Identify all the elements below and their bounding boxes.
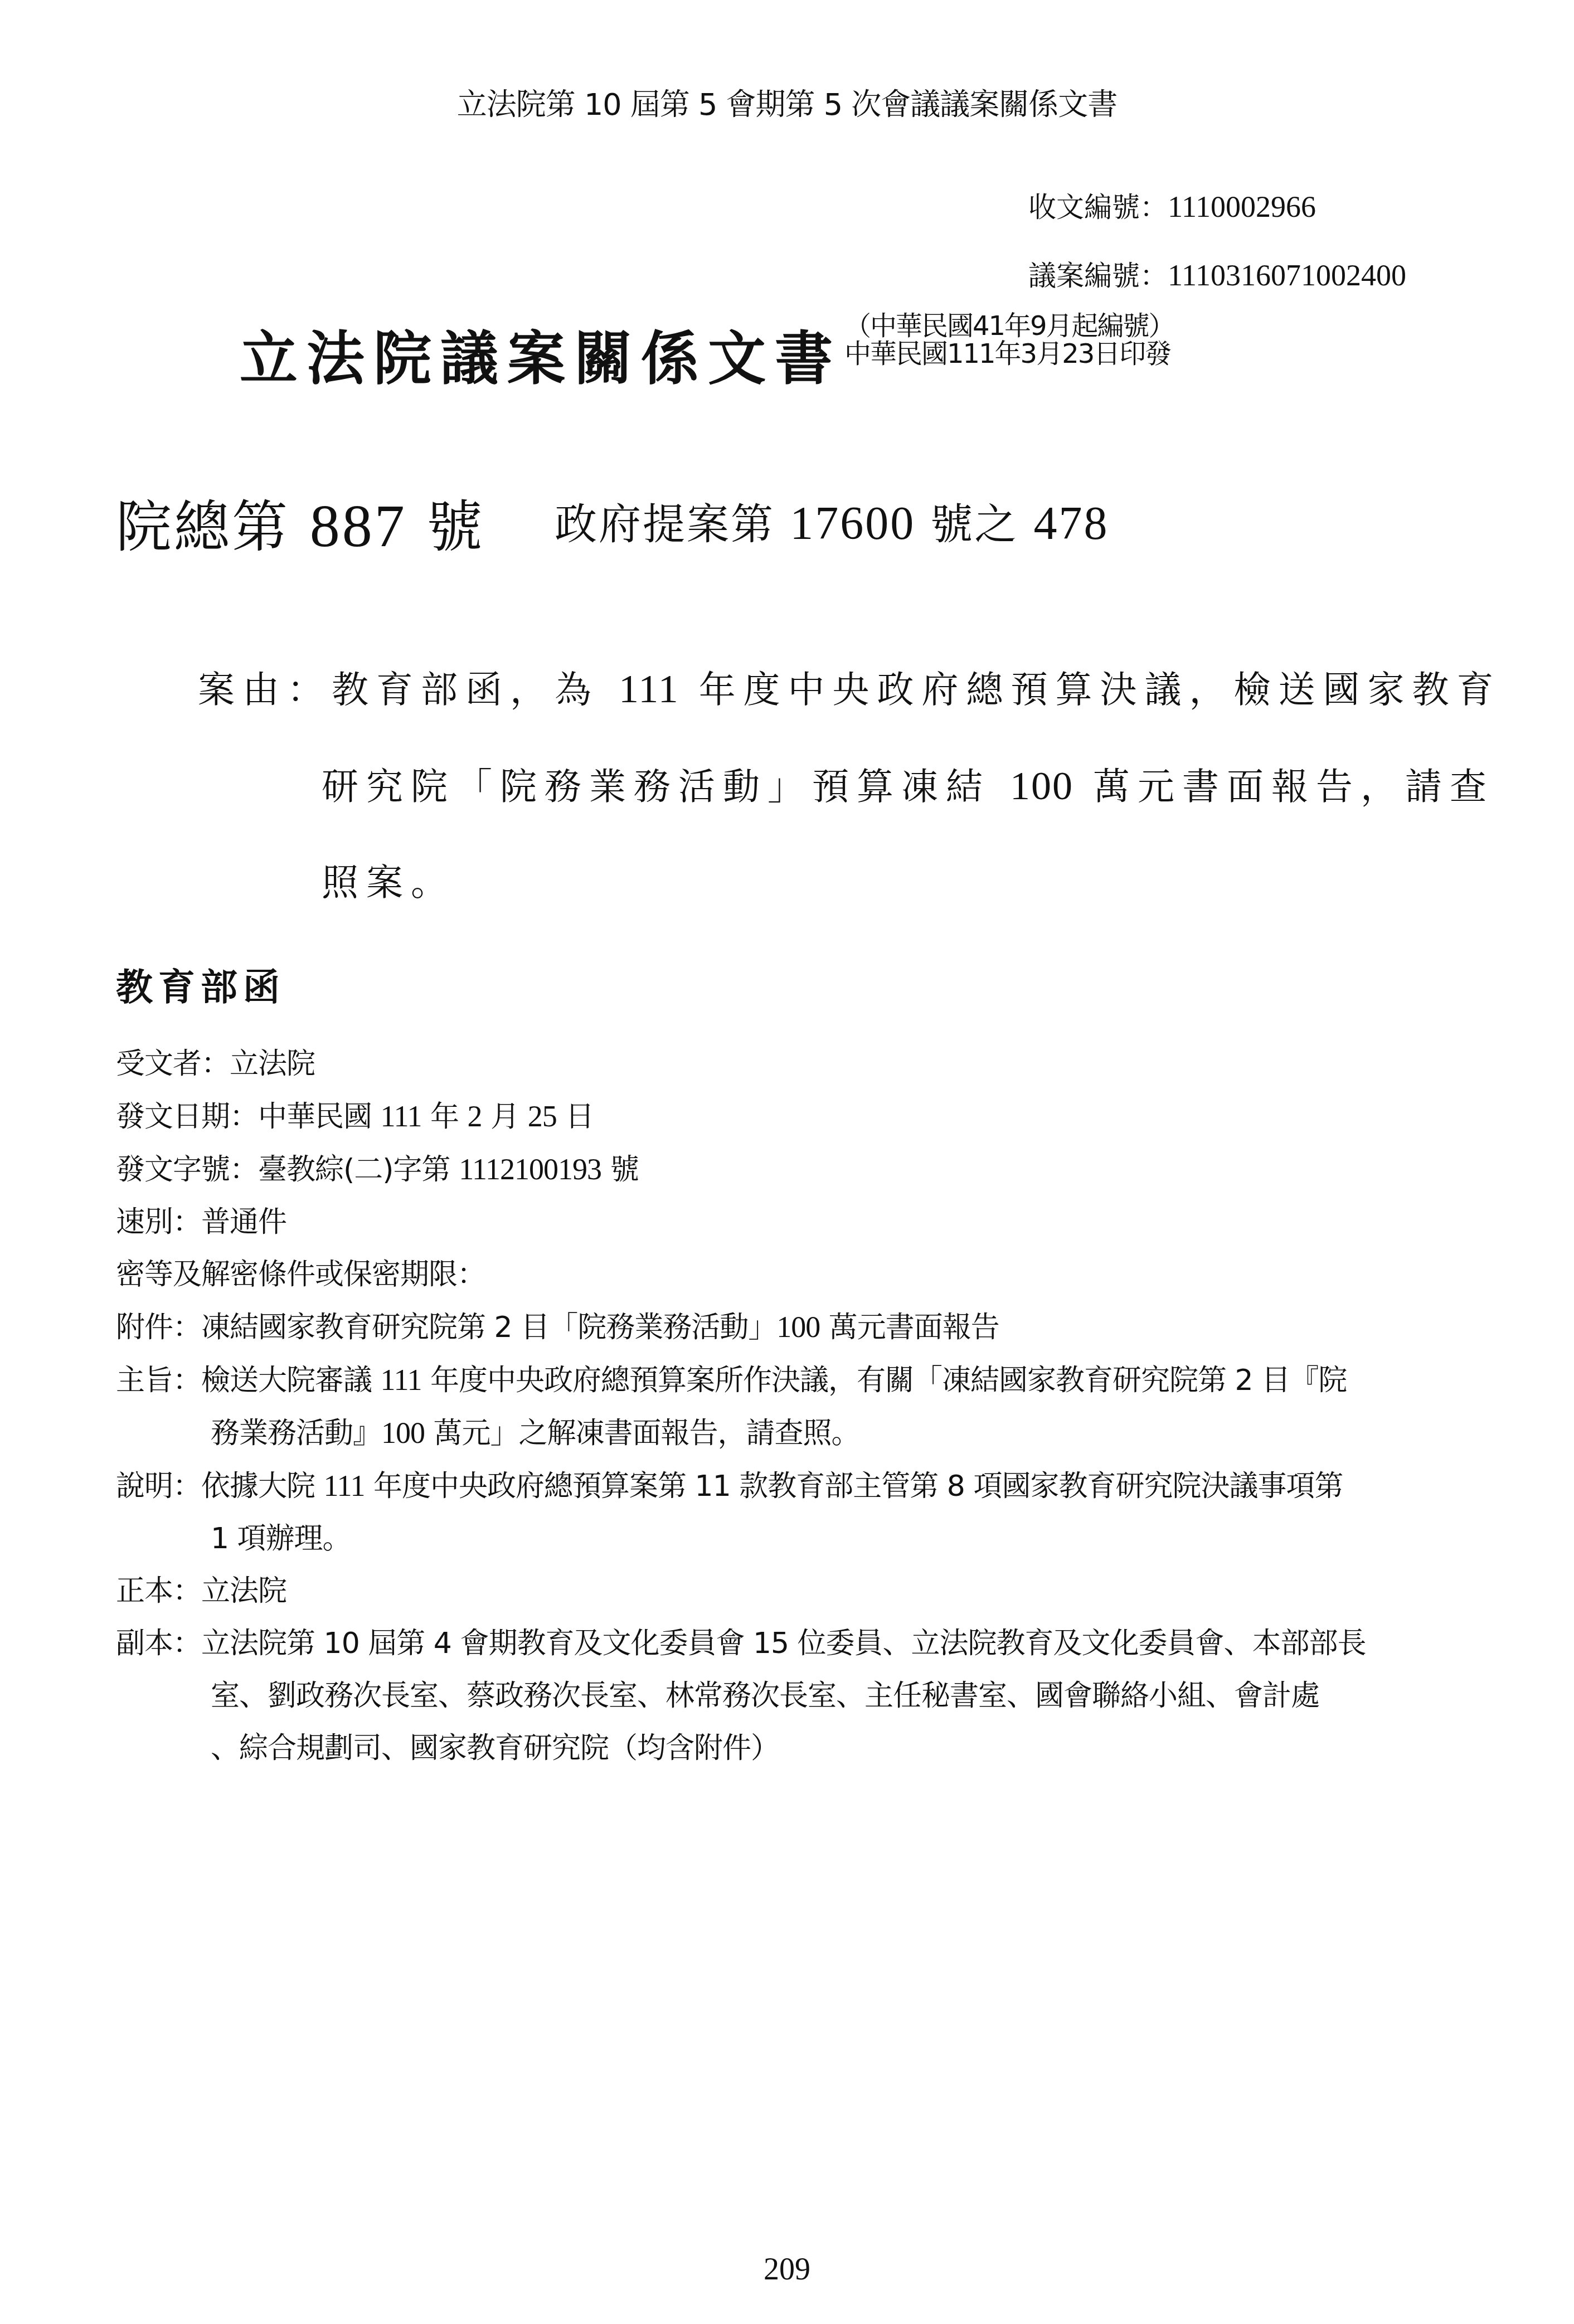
date-month: 2 [468,1100,482,1133]
case-reason-line-1: 案由：教育部函，為 111 年度中央政府總預算決議，檢送國家教育 [198,641,1491,738]
field-value: 月 [482,1100,528,1134]
field-value: 普通件 [201,1205,286,1239]
letter-fields: 受文者：立法院 發文日期：中華民國 111 年 2 月 25 日 發文字號：臺教… [116,1038,1509,1774]
reference-numbers: 收文編號：1110002966 議案編號：1110316071002400 [1028,173,1406,310]
field-label: 主旨： [116,1364,201,1397]
government-proposal-number: 政府提案第 17600 號之 478 [555,490,1109,551]
copies-continuation-2: 、綜合規劃司、國家教育研究院（均含附件） [116,1722,1509,1774]
field-value: 臺教綜(二)字第 [258,1153,459,1187]
general-bill-number: 院總第 887 號 [116,482,485,562]
attachment-amount: 100 [776,1310,820,1344]
field-value: 年度中央政府總預算案第 11 款教育部主管第 8 項國家教育研究院決議事項第 [365,1470,1343,1503]
field-label: 副本： [116,1627,201,1660]
numbering-since-note: （中華民國41年9月起編號） [844,312,1174,340]
field-label: 附件： [116,1311,201,1344]
title-side-note: （中華民國41年9月起編號） 中華民國111年3月23日印發 [844,312,1174,368]
field-document-number: 發文字號：臺教綜(二)字第 1112100193 號 [116,1143,1509,1196]
bill-suffix: 號 [427,494,485,560]
field-value: 中華民國 [258,1100,381,1134]
date-day: 25 [528,1100,557,1133]
case-reason-line-2: 研究院「院務業務活動」預算凍結 100 萬元書面報告，請查 [198,738,1491,835]
subject-amount: 100 [381,1416,425,1450]
case-reason-line-3: 照案。 [198,835,1491,931]
field-label: 正本： [116,1574,201,1608]
field-original: 正本：立法院 [116,1565,1509,1617]
case-reason-text: 年度中央政府總預算決議，檢送國家教育 [699,668,1502,711]
subject-continuation: 務業務活動』100 萬元」之解凍書面報告，請查照。 [116,1407,1509,1460]
letter-heading: 教育部函 [116,957,285,1010]
field-label: 密等及解密條件或保密期限： [116,1258,485,1291]
field-attachment: 附件：凍結國家教育研究院第 2 目「院務業務活動」100 萬元書面報告 [116,1301,1509,1354]
field-value: 號 [601,1153,639,1187]
document-number: 1112100193 [459,1153,601,1186]
gov-sub-number: 478 [1034,498,1109,550]
field-label: 發文日期： [116,1100,258,1134]
gov-prefix: 政府提案第 [555,499,775,549]
gov-number: 17600 [790,498,915,550]
field-value: 年 [422,1100,468,1134]
print-date-note: 中華民國111年3月23日印發 [844,340,1174,368]
case-reason-amount: 100 [1010,764,1073,808]
field-value: 檢送大院審議 [201,1364,381,1397]
field-subject: 主旨：檢送大院審議 111 年度中央政府總預算案所作決議，有關「凍結國家教育研究… [116,1354,1509,1460]
case-reason: 案由：教育部函，為 111 年度中央政府總預算決議，檢送國家教育 研究院「院務業… [198,641,1491,931]
receipt-number-label: 收文編號： [1028,191,1168,223]
field-explanation: 說明：依據大院 111 年度中央政府總預算案第 11 款教育部主管第 8 項國家… [116,1460,1509,1565]
field-recipient: 受文者：立法院 [116,1038,1509,1090]
field-copies: 副本：立法院第 10 屆第 4 會期教育及文化委員會 15 位委員、立法院教育及… [116,1617,1509,1774]
bill-prefix: 院總第 [116,494,290,560]
case-reason-year: 111 [619,667,679,711]
bill-number-line: 議案編號：1110316071002400 [1028,241,1406,310]
document-title: 立法院議案關係文書 [240,312,842,396]
field-date: 發文日期：中華民國 111 年 2 月 25 日 [116,1090,1509,1143]
field-value: 務業務活動』 [211,1417,381,1450]
bill-number-digits: 887 [310,493,407,560]
field-value: 凍結國家教育研究院第 2 目「院務業務活動」 [201,1311,776,1344]
case-reason-text: 萬元書面報告，請查 [1093,765,1494,808]
field-label: 速別： [116,1205,201,1239]
field-value: 年度中央政府總預算案所作決議，有關「凍結國家教育研究院第 2 目『院 [422,1364,1347,1397]
field-label: 說明： [116,1470,201,1503]
case-reason-label: 案由： [198,668,332,711]
explanation-year: 111 [324,1469,365,1503]
field-value: 日 [557,1100,594,1134]
case-reason-text: 研究院「院務業務活動」預算凍結 [322,765,990,808]
field-value: 立法院第 10 屆第 4 會期教育及文化委員會 15 位委員、立法院教育及文化委… [201,1627,1366,1660]
explanation-continuation: 1 項辦理。 [116,1513,1509,1565]
field-value: 立法院 [201,1574,286,1608]
field-label: 發文字號： [116,1153,258,1187]
field-value: 萬元」之解凍書面報告，請查照。 [425,1417,860,1450]
field-classification: 密等及解密條件或保密期限： [116,1248,1509,1301]
page-number: 209 [0,2252,1574,2287]
case-reason-text: 教育部函，為 [332,668,599,711]
field-priority: 速別：普通件 [116,1196,1509,1248]
receipt-number: 1110002966 [1168,190,1316,223]
bill-number-label: 議案編號： [1028,260,1168,292]
bill-number-value: 1110316071002400 [1168,259,1406,292]
field-label: 受文者： [116,1047,230,1081]
field-value: 萬元書面報告 [820,1311,999,1344]
field-value: 立法院 [230,1047,315,1081]
copies-continuation-1: 室、劉政務次長室、蔡政務次長室、林常務次長室、主任秘書室、國會聯絡小組、會計處 [116,1670,1509,1722]
subject-year: 111 [381,1363,422,1397]
date-year: 111 [381,1100,422,1133]
running-header: 立法院第 10 屆第 5 會期第 5 次會議議案關係文書 [0,81,1574,124]
gov-mid: 號之 [930,499,1018,549]
field-value: 依據大院 [201,1470,324,1503]
receipt-number-line: 收文編號：1110002966 [1028,173,1406,241]
